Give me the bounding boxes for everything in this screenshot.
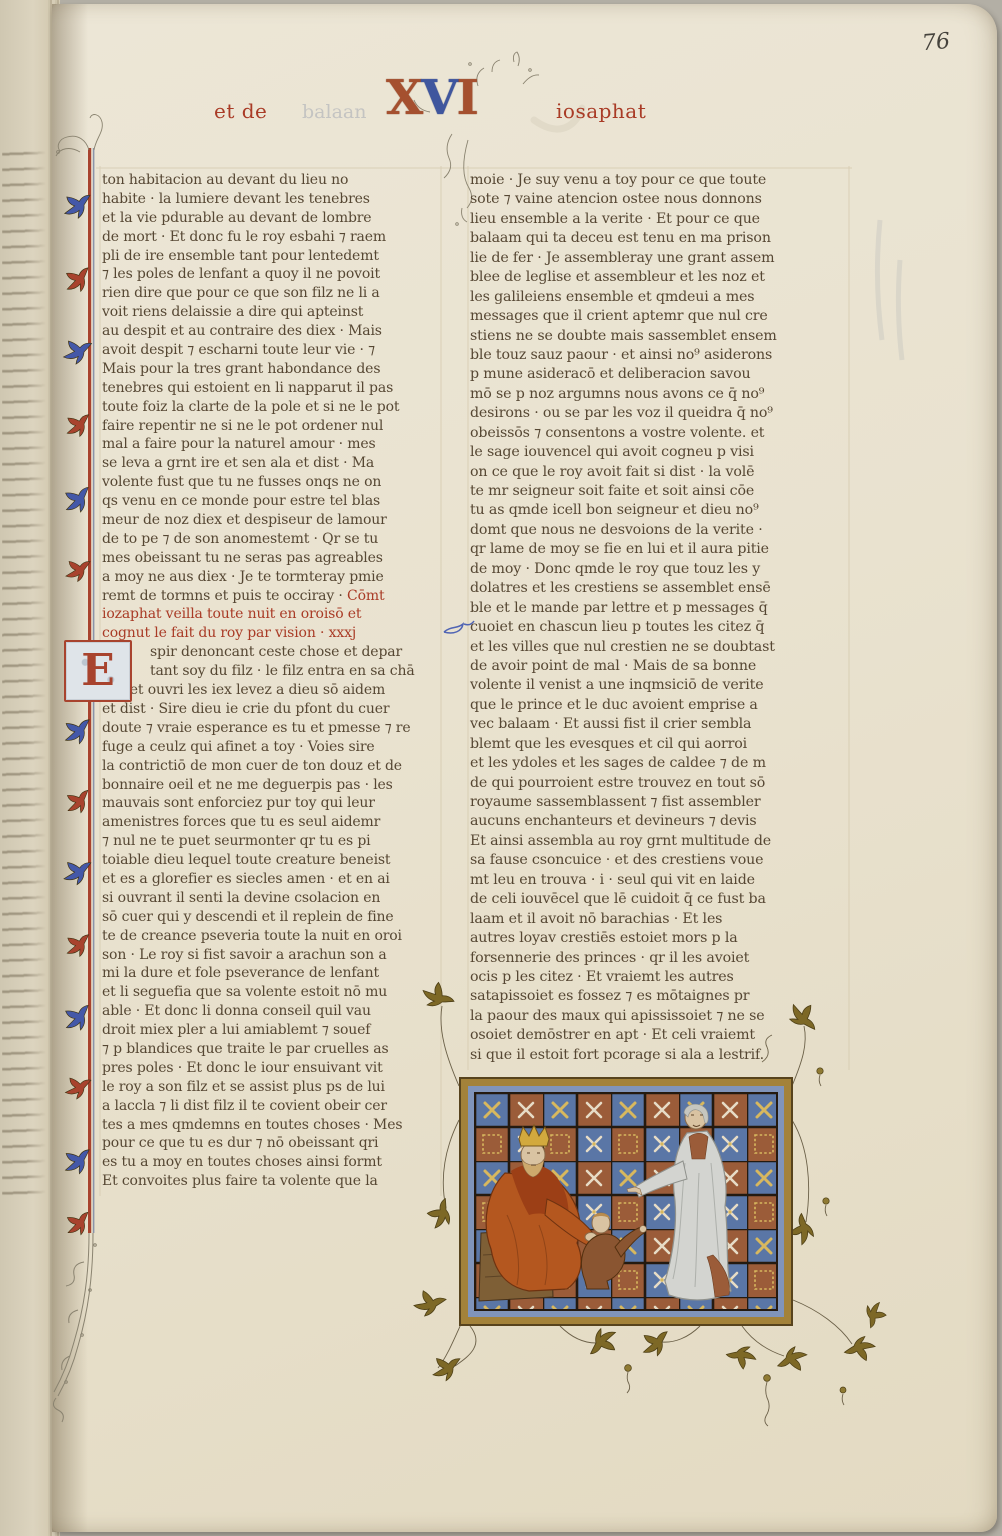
text-line: rien dire que pour ce que son filz ne li…: [102, 284, 442, 303]
text-line: forsennerie des princes · qr il les avoi…: [470, 949, 850, 968]
text-line: moie · Je suy venu a toy pour ce que tou…: [470, 171, 850, 190]
text-line: de qui pourroient estre trouvez en tout …: [470, 774, 850, 793]
text-line: de to pe ⁊ de son anomestemt · Qr se tu: [102, 530, 442, 549]
text-line: cognut le fait du roy par vision · xxxj: [102, 624, 442, 643]
text-line: sō cuer qui y descendi et il replein de …: [102, 908, 442, 927]
text-line: la paour des maux qui apississoiet ⁊ ne …: [470, 1007, 850, 1026]
text-line: te mr seigneur soit faite et soit ainsi …: [470, 482, 850, 501]
text-line: Et convoites plus faire ta volente que l…: [102, 1172, 442, 1191]
text-line: si ouvrant il senti la devine csolacion …: [102, 889, 442, 908]
text-line: qs venu en ce monde pour estre tel blas: [102, 492, 442, 511]
folio-number: 76: [921, 29, 951, 56]
text-line: pres poles · Et donc le iour ensuivant v…: [102, 1059, 442, 1078]
text-line: aucuns enchanteurs et devineurs ⁊ devis: [470, 812, 850, 831]
text-line: tant soy du filz · le filz entra en sa c…: [102, 662, 442, 681]
text-line: able · Et donc li donna conseil quil vau: [102, 1002, 442, 1021]
text-line: habite · la lumiere devant les tenebres: [102, 190, 442, 209]
text-column-right: moie · Je suy venu a toy pour ce que tou…: [470, 171, 850, 1065]
text-line: domt que nous ne desvoions de la verite …: [470, 521, 850, 540]
text-line: amenistres forces que tu es seul aidemr: [102, 813, 442, 832]
text-line: droit miex pler a lui amiablemt ⁊ souef: [102, 1021, 442, 1040]
text-line: ble et le mande par lettre et p messages…: [470, 599, 850, 618]
text-line: la contrictiō de mon cuer de ton douz et…: [102, 757, 442, 776]
text-line: se leva a grnt ire et sen ala et dist · …: [102, 454, 442, 473]
text-line: toiable dieu lequel toute creature benei…: [102, 851, 442, 870]
text-line: les galileiens ensemble et qmdeui a mes: [470, 288, 850, 307]
manuscript-photo: et de balaan XVI iosaphat 76 ton habitac…: [0, 0, 1002, 1536]
text-line: qr lame de moy se fie en lui et il aura …: [470, 540, 850, 559]
text-line: lie de fer · Je assembleray une grant as…: [470, 249, 850, 268]
text-line: tu as qmde icell bon seigneur et dieu no…: [470, 501, 850, 520]
text-line: ble touz sauz paour · et ainsi no⁹ aside…: [470, 346, 850, 365]
text-line: on ce que le roy avoit fait si dist · la…: [470, 463, 850, 482]
text-line: volente fust que tu ne fusses onqs ne on: [102, 473, 442, 492]
text-line: sote ⁊ vaine atencion ostee nous donnons: [470, 190, 850, 209]
text-line: bonnaire oeil et ne me deguerpis pas · l…: [102, 776, 442, 795]
text-line: de celi iouvēcel que lē cuidoit q̄ ce fu…: [470, 890, 850, 909]
text-line: meur de noz diex et despiseur de lamour: [102, 511, 442, 530]
text-line: te de creance pseveria toute la nuit en …: [102, 927, 442, 946]
text-line: obeissōs ⁊ consentons a vostre volente. …: [470, 424, 850, 443]
text-line: volente il venist a une inqmsiciō de ver…: [470, 676, 850, 695]
text-line: messages que il crient aptemr que nul cr…: [470, 307, 850, 326]
text-line: tes a mes qmdemns en toutes choses · Mes: [102, 1116, 442, 1135]
text-line: le sage iouvencel qui avoit cogneu p vis…: [470, 443, 850, 462]
text-line: iozaphat veilla toute nuit en oroisō et: [102, 605, 442, 624]
text-line: toute foiz la clarte de la pole et si ne…: [102, 398, 442, 417]
text-line: es tu a moy en toutes choses ainsi formt: [102, 1153, 442, 1172]
text-line: mō se p noz argumns nous avons ce q̄ no⁹: [470, 385, 850, 404]
text-line: vec balaam · Et aussi fist il crier semb…: [470, 715, 850, 734]
text-line: satapissoiet es fossez ⁊ es mōtaignes pr: [470, 987, 850, 1006]
text-line: balaam qui ta deceu est tenu en ma priso…: [470, 229, 850, 248]
text-line: pour ce que tu es dur ⁊ nō obeissant qri: [102, 1134, 442, 1153]
text-line: voit riens delaissie a dire qui apteinst: [102, 303, 442, 322]
text-line: de moy · Donc qmde le roy que touz les y: [470, 560, 850, 579]
initial-letter: E: [81, 649, 115, 693]
text-line: cuoiet en chascun lieu p toutes les cite…: [470, 618, 850, 637]
text-line: a laccla ⁊ li dist filz il te covient ob…: [102, 1097, 442, 1116]
text-line: blemt que les evesques et cil qui aorroi: [470, 735, 850, 754]
text-line: mauvais sont enforciez pur toy qui leur: [102, 794, 442, 813]
text-line: mt leu en trouva · i · seul qui vit en l…: [470, 871, 850, 890]
text-line: Et ainsi assembla au roy grnt multitude …: [470, 832, 850, 851]
text-line: le roy a son filz et se assist plus ps d…: [102, 1078, 442, 1097]
text-line: spir denoncant ceste chose et depar: [102, 643, 442, 662]
text-column-left: ton habitacion au devant du lieu nohabit…: [102, 171, 442, 1191]
text-line: si que il estoit fort pcorage si ala a l…: [470, 1046, 850, 1065]
text-line: remt de tormns et puis te occiray · Cōmt: [102, 587, 442, 606]
text-line: laam et il avoit nō barachias · Et les: [470, 910, 850, 929]
text-line: doute ⁊ vraie esperance es tu et pmesse …: [102, 719, 442, 738]
text-line: mes obeissant tu ne seras pas agreables: [102, 549, 442, 568]
text-line: de avoir point de mal · Mais de sa bonne: [470, 657, 850, 676]
text-line: autres loyav crestiēs estoiet mors p la: [470, 929, 850, 948]
text-line: et es a glorefier es siecles amen · et e…: [102, 870, 442, 889]
text-segment: Cōmt: [347, 588, 384, 604]
text-line: royaume sassemblassent ⁊ fist assembler: [470, 793, 850, 812]
text-line: lieu ensemble a la verite · Et pour ce q…: [470, 210, 850, 229]
text-line: ⁊ nul ne te puet seurmonter qr tu es pi: [102, 832, 442, 851]
text-segment: remt de tormns et puis te occiray ·: [102, 588, 347, 604]
text-line: osoiet demōstrer en apt · Et celi vraiem…: [470, 1026, 850, 1045]
text-line: p mune asideracō et deliberacion savou: [470, 365, 850, 384]
illuminated-initial: E: [64, 640, 132, 702]
numeral-letter: X: [386, 70, 421, 126]
running-title-left: et de: [214, 99, 267, 123]
text-line: bre et ouvri les iex levez a dieu sō aid…: [102, 681, 442, 700]
text-line: et les villes que nul crestien ne se dou…: [470, 638, 850, 657]
text-line: ⁊ les poles de lenfant a quoy il ne povo…: [102, 265, 442, 284]
book-edge-pages: [0, 0, 60, 1536]
crown: [519, 1125, 549, 1146]
text-line: ocis p les citez · Et vraiemt les autres: [470, 968, 850, 987]
text-line: et la vie pdurable au devant de lombre: [102, 209, 442, 228]
text-line: de mort · Et donc fu le roy esbahi ⁊ rae…: [102, 228, 442, 247]
text-line: fuge a ceulz qui afinet a toy · Voies si…: [102, 738, 442, 757]
text-line: a moy ne aus diex · Je te tormteray pmie: [102, 568, 442, 587]
text-line: stiens ne se doubte mais sassemblet ense…: [470, 327, 850, 346]
text-line: et les ydoles et les sages de caldee ⁊ d…: [470, 754, 850, 773]
text-line: mi la dure et fole pseverance de lenfant: [102, 964, 442, 983]
text-line: Mais pour la tres grant habondance des: [102, 360, 442, 379]
facing-page-text-showthrough: [2, 140, 46, 1200]
text-line: au despit et au contraire des diex · Mai…: [102, 322, 442, 341]
offset-showthrough-text: balaan: [302, 101, 366, 123]
text-line: dolatres et les crestiens se assemblet e…: [470, 579, 850, 598]
text-line: sa fause csoncuice · et des crestiens vo…: [470, 851, 850, 870]
text-line: mal a faire pour la naturel amour · mes: [102, 435, 442, 454]
text-line: et li seguefia que sa volente estoit nō …: [102, 983, 442, 1002]
miniature-illustration: [459, 1077, 793, 1326]
text-line: desirons · ou se par les voz il queidra …: [470, 404, 850, 423]
chapter-numeral: XVI: [386, 70, 477, 126]
text-line: tenebres qui estoient en li napparut il …: [102, 379, 442, 398]
numeral-letter: I: [457, 70, 477, 126]
numeral-letter: V: [421, 70, 456, 126]
running-title-right: iosaphat: [556, 99, 646, 123]
text-line: et dist · Sire dieu ie crie du pfont du …: [102, 700, 442, 719]
text-line: ⁊ p blandices que traite le par cruelles…: [102, 1040, 442, 1059]
text-line: blee de leglise et assembleur et les noz…: [470, 268, 850, 287]
text-line: ton habitacion au devant du lieu no: [102, 171, 442, 190]
text-line: pli de ire ensemble tant pour lentedemt: [102, 247, 442, 266]
text-line: son · Le roy si fist savoir a arachun so…: [102, 946, 442, 965]
text-line: faire repentir ne si ne le pot ordener n…: [102, 417, 442, 436]
text-line: avoit despit ⁊ escharni toute leur vie ·…: [102, 341, 442, 360]
text-line: que le prince et le duc avoient emprise …: [470, 696, 850, 715]
